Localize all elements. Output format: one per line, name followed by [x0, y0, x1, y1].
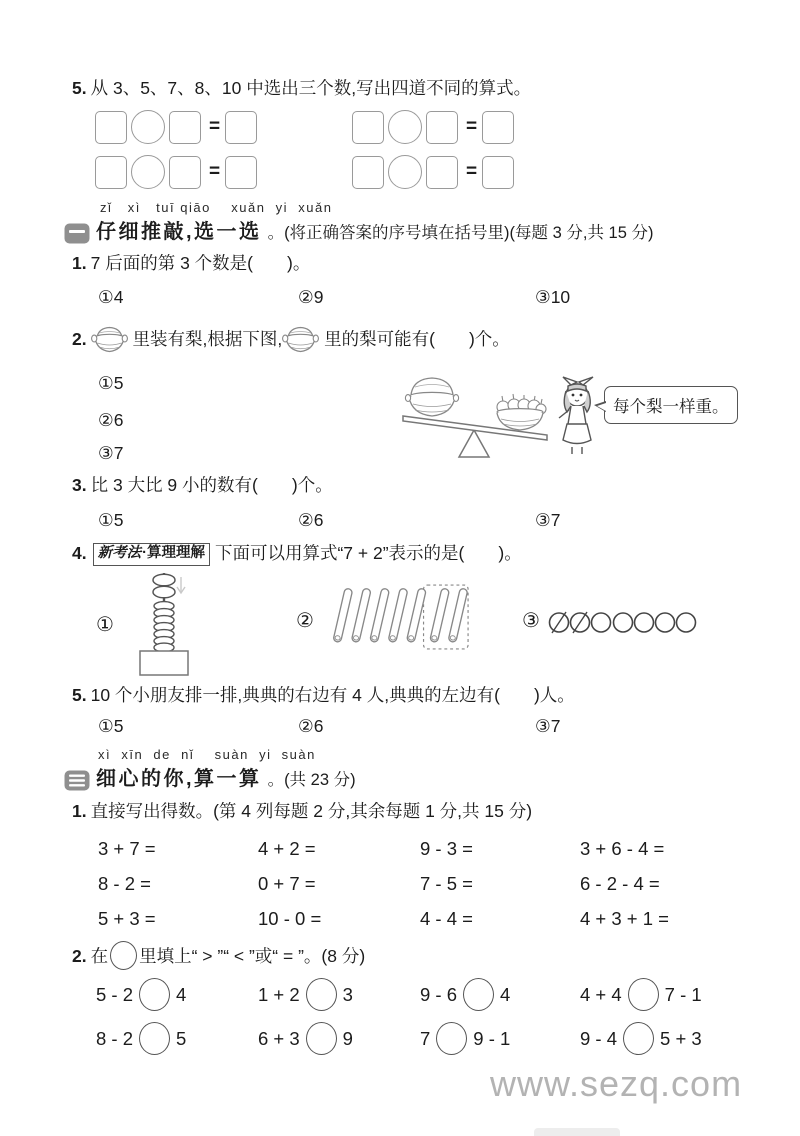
s2-question-1: 1.7 后面的第 3 个数是( )。	[72, 252, 310, 276]
arith-problem[interactable]: 0 + 7 =	[258, 873, 316, 895]
left-expression: 9 - 6	[420, 984, 457, 1006]
question-number: 1.	[72, 801, 87, 821]
question-number: 5.	[72, 685, 87, 705]
right-expression: 7 - 1	[665, 984, 702, 1006]
answer-box[interactable]	[95, 111, 127, 144]
question-number: 3.	[72, 475, 87, 495]
answer-box[interactable]	[169, 156, 201, 189]
equals-sign: =	[209, 116, 220, 138]
arith-problem[interactable]: 3 + 7 =	[98, 838, 156, 860]
compare-problem: 79 - 1	[420, 1022, 510, 1055]
left-expression: 7	[420, 1028, 430, 1050]
answer-box[interactable]	[95, 156, 127, 189]
compare-circle[interactable]	[306, 978, 337, 1011]
seesaw-scale-figure	[400, 370, 550, 465]
s3-question-2: 2.在里填上“ > ”“ < ”或“ = ”。(8 分)	[72, 941, 365, 970]
bead-stacker-figure	[124, 570, 204, 678]
equation-blank-row: =	[95, 110, 257, 144]
answer-box[interactable]	[352, 156, 384, 189]
answer-box[interactable]	[225, 156, 257, 189]
watermark: www.sezq.com	[490, 1063, 742, 1105]
s2q5-option-3[interactable]: ③7	[535, 716, 560, 737]
book-icon	[64, 223, 90, 244]
question-text: 里的梨可能有( )个。	[319, 328, 510, 352]
question-number: 5.	[72, 78, 87, 98]
s2q2-option-2[interactable]: ②6	[98, 410, 123, 431]
left-expression: 1 + 2	[258, 984, 300, 1006]
s2q5-option-1[interactable]: ①5	[98, 716, 123, 737]
answer-box[interactable]	[169, 111, 201, 144]
compare-problem: 9 - 64	[420, 978, 510, 1011]
fill-circle	[110, 941, 137, 970]
arith-problem[interactable]: 8 - 2 =	[98, 873, 151, 895]
speech-bubble: 每个梨一样重。	[604, 386, 738, 424]
section-3-title: 细心的你,算一算	[96, 762, 262, 791]
compare-circle[interactable]	[139, 978, 170, 1011]
answer-box[interactable]	[426, 156, 458, 189]
equals-sign: =	[466, 116, 477, 138]
s2q4-option-3-label[interactable]: ③	[522, 608, 540, 633]
s2q3-option-3[interactable]: ③7	[535, 510, 560, 531]
arith-problem[interactable]: 6 - 2 - 4 =	[580, 873, 660, 895]
answer-box[interactable]	[225, 111, 257, 144]
section-2-pinyin: zǐ xì tuī qiāo xuǎn yi xuǎn	[100, 200, 332, 215]
equation-blank-row: =	[95, 155, 257, 189]
operator-circle[interactable]	[388, 110, 422, 144]
arith-problem[interactable]: 5 + 3 =	[98, 908, 156, 930]
s2-question-4: 4.新考法·算理理解下面可以用算式“7 + 2”表示的是( )。	[72, 542, 522, 566]
right-expression: 4	[176, 984, 186, 1006]
question-number: 1.	[72, 253, 87, 273]
left-expression: 6 + 3	[258, 1028, 300, 1050]
equation-blank-row: =	[352, 155, 514, 189]
section-2-header: 仔细推敲,选一选 。(将正确答案的序号填在括号里)(每题 3 分,共 15 分)	[64, 215, 654, 244]
pear-basket	[497, 394, 546, 430]
girl-character	[553, 376, 603, 456]
badge-suffix: ·算理理解	[142, 545, 205, 561]
question-number: 4.	[72, 543, 87, 563]
s2-question-5: 5.10 个小朋友排一排,典典的右边有 4 人,典典的左边有( )人。	[72, 684, 575, 708]
new-method-badge: 新考法·算理理解	[93, 543, 210, 566]
question-text: 里填上“ > ”“ < ”或“ = ”。(8 分)	[139, 946, 365, 966]
s2q2-option-3[interactable]: ③7	[98, 443, 123, 464]
question-number: 2.	[72, 946, 87, 966]
speech-bubble-tail	[594, 401, 606, 412]
s2q1-option-3[interactable]: ③10	[535, 287, 570, 308]
compare-circle[interactable]	[139, 1022, 170, 1055]
left-expression: 8 - 2	[96, 1028, 133, 1050]
operator-circle[interactable]	[131, 155, 165, 189]
operator-circle[interactable]	[131, 110, 165, 144]
answer-box[interactable]	[482, 111, 514, 144]
basket-icon	[282, 325, 319, 354]
left-expression: 4 + 4	[580, 984, 622, 1006]
arith-problem[interactable]: 9 - 3 =	[420, 838, 473, 860]
compare-circle[interactable]	[623, 1022, 654, 1055]
counting-sticks-figure	[320, 583, 470, 653]
left-expression: 5 - 2	[96, 984, 133, 1006]
arith-problem[interactable]: 4 + 3 + 1 =	[580, 908, 669, 930]
answer-box[interactable]	[352, 111, 384, 144]
answer-box[interactable]	[426, 111, 458, 144]
equals-sign: =	[209, 161, 220, 183]
s2q3-option-2[interactable]: ②6	[298, 510, 323, 531]
compare-circle[interactable]	[306, 1022, 337, 1055]
compare-circle[interactable]	[628, 978, 659, 1011]
question-5-top: 5.从 3、5、7、8、10 中选出三个数,写出四道不同的算式。	[72, 77, 752, 101]
worksheet-page: 5.从 3、5、7、8、10 中选出三个数,写出四道不同的算式。 = = = =…	[0, 0, 800, 1136]
question-number: 2.	[72, 328, 87, 352]
right-expression: 3	[343, 984, 353, 1006]
question-text: 比 3 大比 9 小的数有( )个。	[91, 475, 333, 495]
operator-circle[interactable]	[388, 155, 422, 189]
section-3-header: 细心的你,算一算 。(共 23 分)	[64, 762, 356, 791]
question-text: 7 后面的第 3 个数是( )。	[91, 253, 311, 273]
covered-basket	[405, 378, 458, 416]
s3-question-1: 1.直接写出得数。(第 4 列每题 2 分,其余每题 1 分,共 15 分)	[72, 800, 532, 824]
s2q5-option-2[interactable]: ②6	[298, 716, 323, 737]
arith-problem[interactable]: 4 + 2 =	[258, 838, 316, 860]
section-2-title: 仔细推敲,选一选	[96, 215, 262, 244]
question-text: 10 个小朋友排一排,典典的右边有 4 人,典典的左边有( )人。	[91, 685, 575, 705]
arith-problem[interactable]: 10 - 0 =	[258, 908, 321, 930]
compare-circle[interactable]	[436, 1022, 467, 1055]
compare-problem: 6 + 39	[258, 1022, 353, 1055]
bottom-cutoff-stub	[534, 1128, 620, 1136]
book-icon	[64, 770, 90, 791]
s2q1-option-1[interactable]: ①4	[98, 287, 123, 308]
s2q2-option-1[interactable]: ①5	[98, 373, 123, 394]
question-text: 在	[91, 946, 109, 966]
answer-box[interactable]	[482, 156, 514, 189]
right-expression: 5	[176, 1028, 186, 1050]
compare-problem: 1 + 23	[258, 978, 353, 1011]
s2q3-option-1[interactable]: ①5	[98, 510, 123, 531]
section-3-pinyin: xì xīn de nǐ suàn yi suàn	[98, 747, 316, 762]
s2q1-option-2[interactable]: ②9	[298, 287, 323, 308]
basket-icon	[91, 325, 128, 354]
compare-problem: 9 - 45 + 3	[580, 1022, 702, 1055]
down-arrow	[177, 577, 185, 593]
compare-problem: 5 - 24	[96, 978, 186, 1011]
left-expression: 9 - 4	[580, 1028, 617, 1050]
s2-question-3: 3.比 3 大比 9 小的数有( )个。	[72, 474, 333, 498]
equation-blank-row: =	[352, 110, 514, 144]
compare-problem: 4 + 47 - 1	[580, 978, 702, 1011]
s2-question-2: 2. 里装有梨,根据下图,	[72, 325, 510, 354]
arith-problem[interactable]: 4 - 4 =	[420, 908, 473, 930]
section-2-suffix: 。(将正确答案的序号填在括号里)(每题 3 分,共 15 分)	[268, 219, 654, 244]
question-text: 里装有梨,根据下图,	[128, 328, 283, 352]
s2q4-option-2-label[interactable]: ②	[296, 608, 314, 633]
speech-bubble-text: 每个梨一样重。	[613, 398, 729, 416]
right-expression: 5 + 3	[660, 1028, 702, 1050]
question-text: 下面可以用算式“7 + 2”表示的是( )。	[215, 543, 522, 563]
section-3-suffix: 。(共 23 分)	[268, 766, 356, 791]
crossed-circles-figure	[548, 609, 698, 636]
s2q4-option-1-label[interactable]: ①	[96, 612, 114, 637]
equals-sign: =	[466, 161, 477, 183]
question-text: 从 3、5、7、8、10 中选出三个数,写出四道不同的算式。	[91, 78, 531, 98]
compare-problem: 8 - 25	[96, 1022, 186, 1055]
question-text: 直接写出得数。(第 4 列每题 2 分,其余每题 1 分,共 15 分)	[91, 801, 532, 821]
right-expression: 9 - 1	[473, 1028, 510, 1050]
badge-prefix: 新考法	[98, 545, 142, 561]
arith-problem[interactable]: 7 - 5 =	[420, 873, 473, 895]
compare-circle[interactable]	[463, 978, 494, 1011]
right-expression: 4	[500, 984, 510, 1006]
arith-problem[interactable]: 3 + 6 - 4 =	[580, 838, 664, 860]
right-expression: 9	[343, 1028, 353, 1050]
